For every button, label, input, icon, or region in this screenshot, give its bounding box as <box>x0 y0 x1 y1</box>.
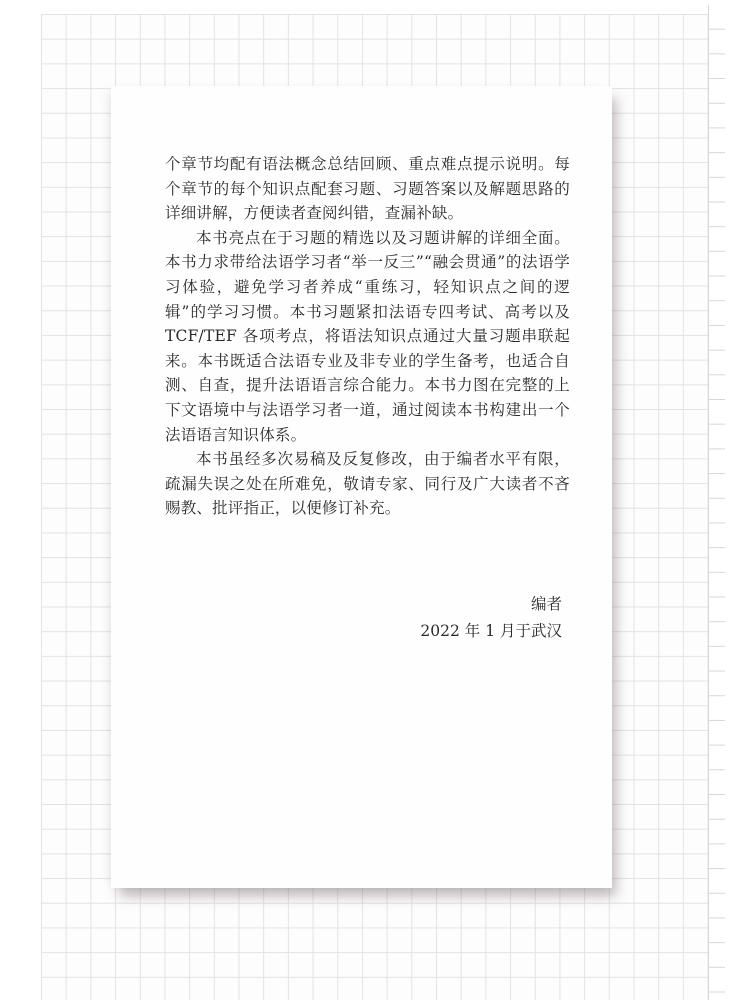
paragraph-3: 本书虽经多次易稿及反复修改，由于编者水平有限，疏漏失误之处在所难免，敬请专家、同… <box>165 447 570 521</box>
ruler-ticks <box>708 5 725 1000</box>
paragraph-2: 本书亮点在于习题的精选以及习题讲解的详细全面。本书力求带给法语学习者“举一反三”… <box>165 226 570 447</box>
preface-body: 个章节均配有语法概念总结回顾、重点难点提示说明。每个章节的每个知识点配套习题、习… <box>165 152 570 521</box>
paragraph-1: 个章节均配有语法概念总结回顾、重点难点提示说明。每个章节的每个知识点配套习题、习… <box>165 152 570 226</box>
signature-author: 编者 <box>380 591 562 618</box>
signature-block: 编者 2022 年 1 月于武汉 <box>380 591 562 645</box>
signature-date-place: 2022 年 1 月于武汉 <box>380 618 562 645</box>
